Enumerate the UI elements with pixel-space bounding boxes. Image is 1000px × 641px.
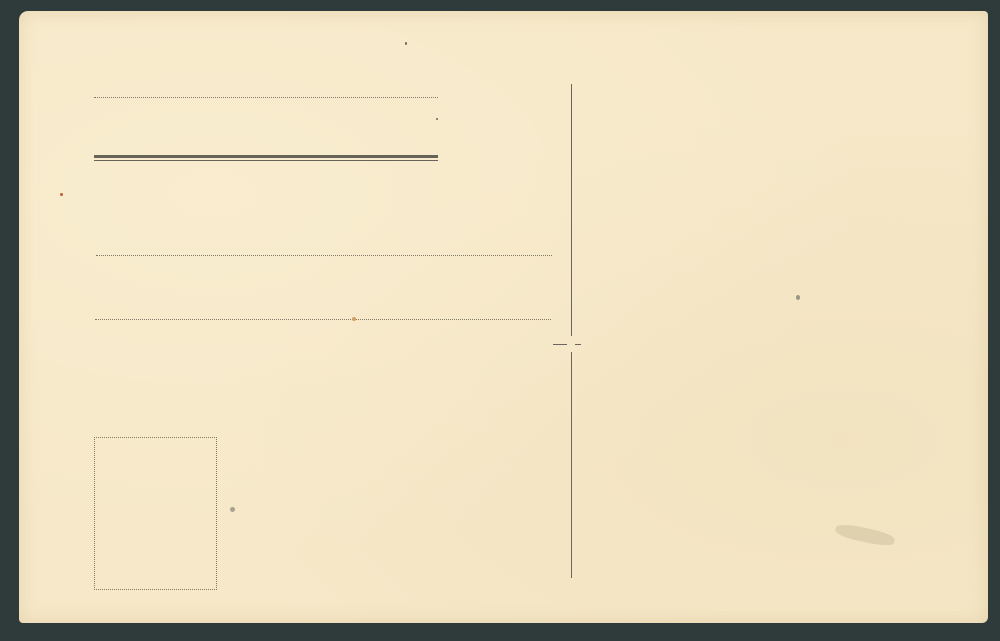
address-line-1	[94, 97, 438, 98]
address-line-3	[96, 255, 552, 256]
divider-cross-mark-right	[575, 344, 581, 345]
divider-cross-mark-left	[553, 344, 567, 345]
speck	[60, 193, 63, 196]
speck	[405, 42, 407, 45]
speck	[796, 295, 800, 300]
center-divider-top	[571, 84, 572, 336]
address-line-2-underline	[94, 155, 438, 161]
address-line-4	[95, 319, 551, 320]
speck	[352, 317, 356, 321]
speck	[436, 118, 438, 120]
center-divider-bottom	[571, 352, 572, 578]
speck	[230, 507, 235, 512]
stamp-box	[94, 437, 217, 590]
